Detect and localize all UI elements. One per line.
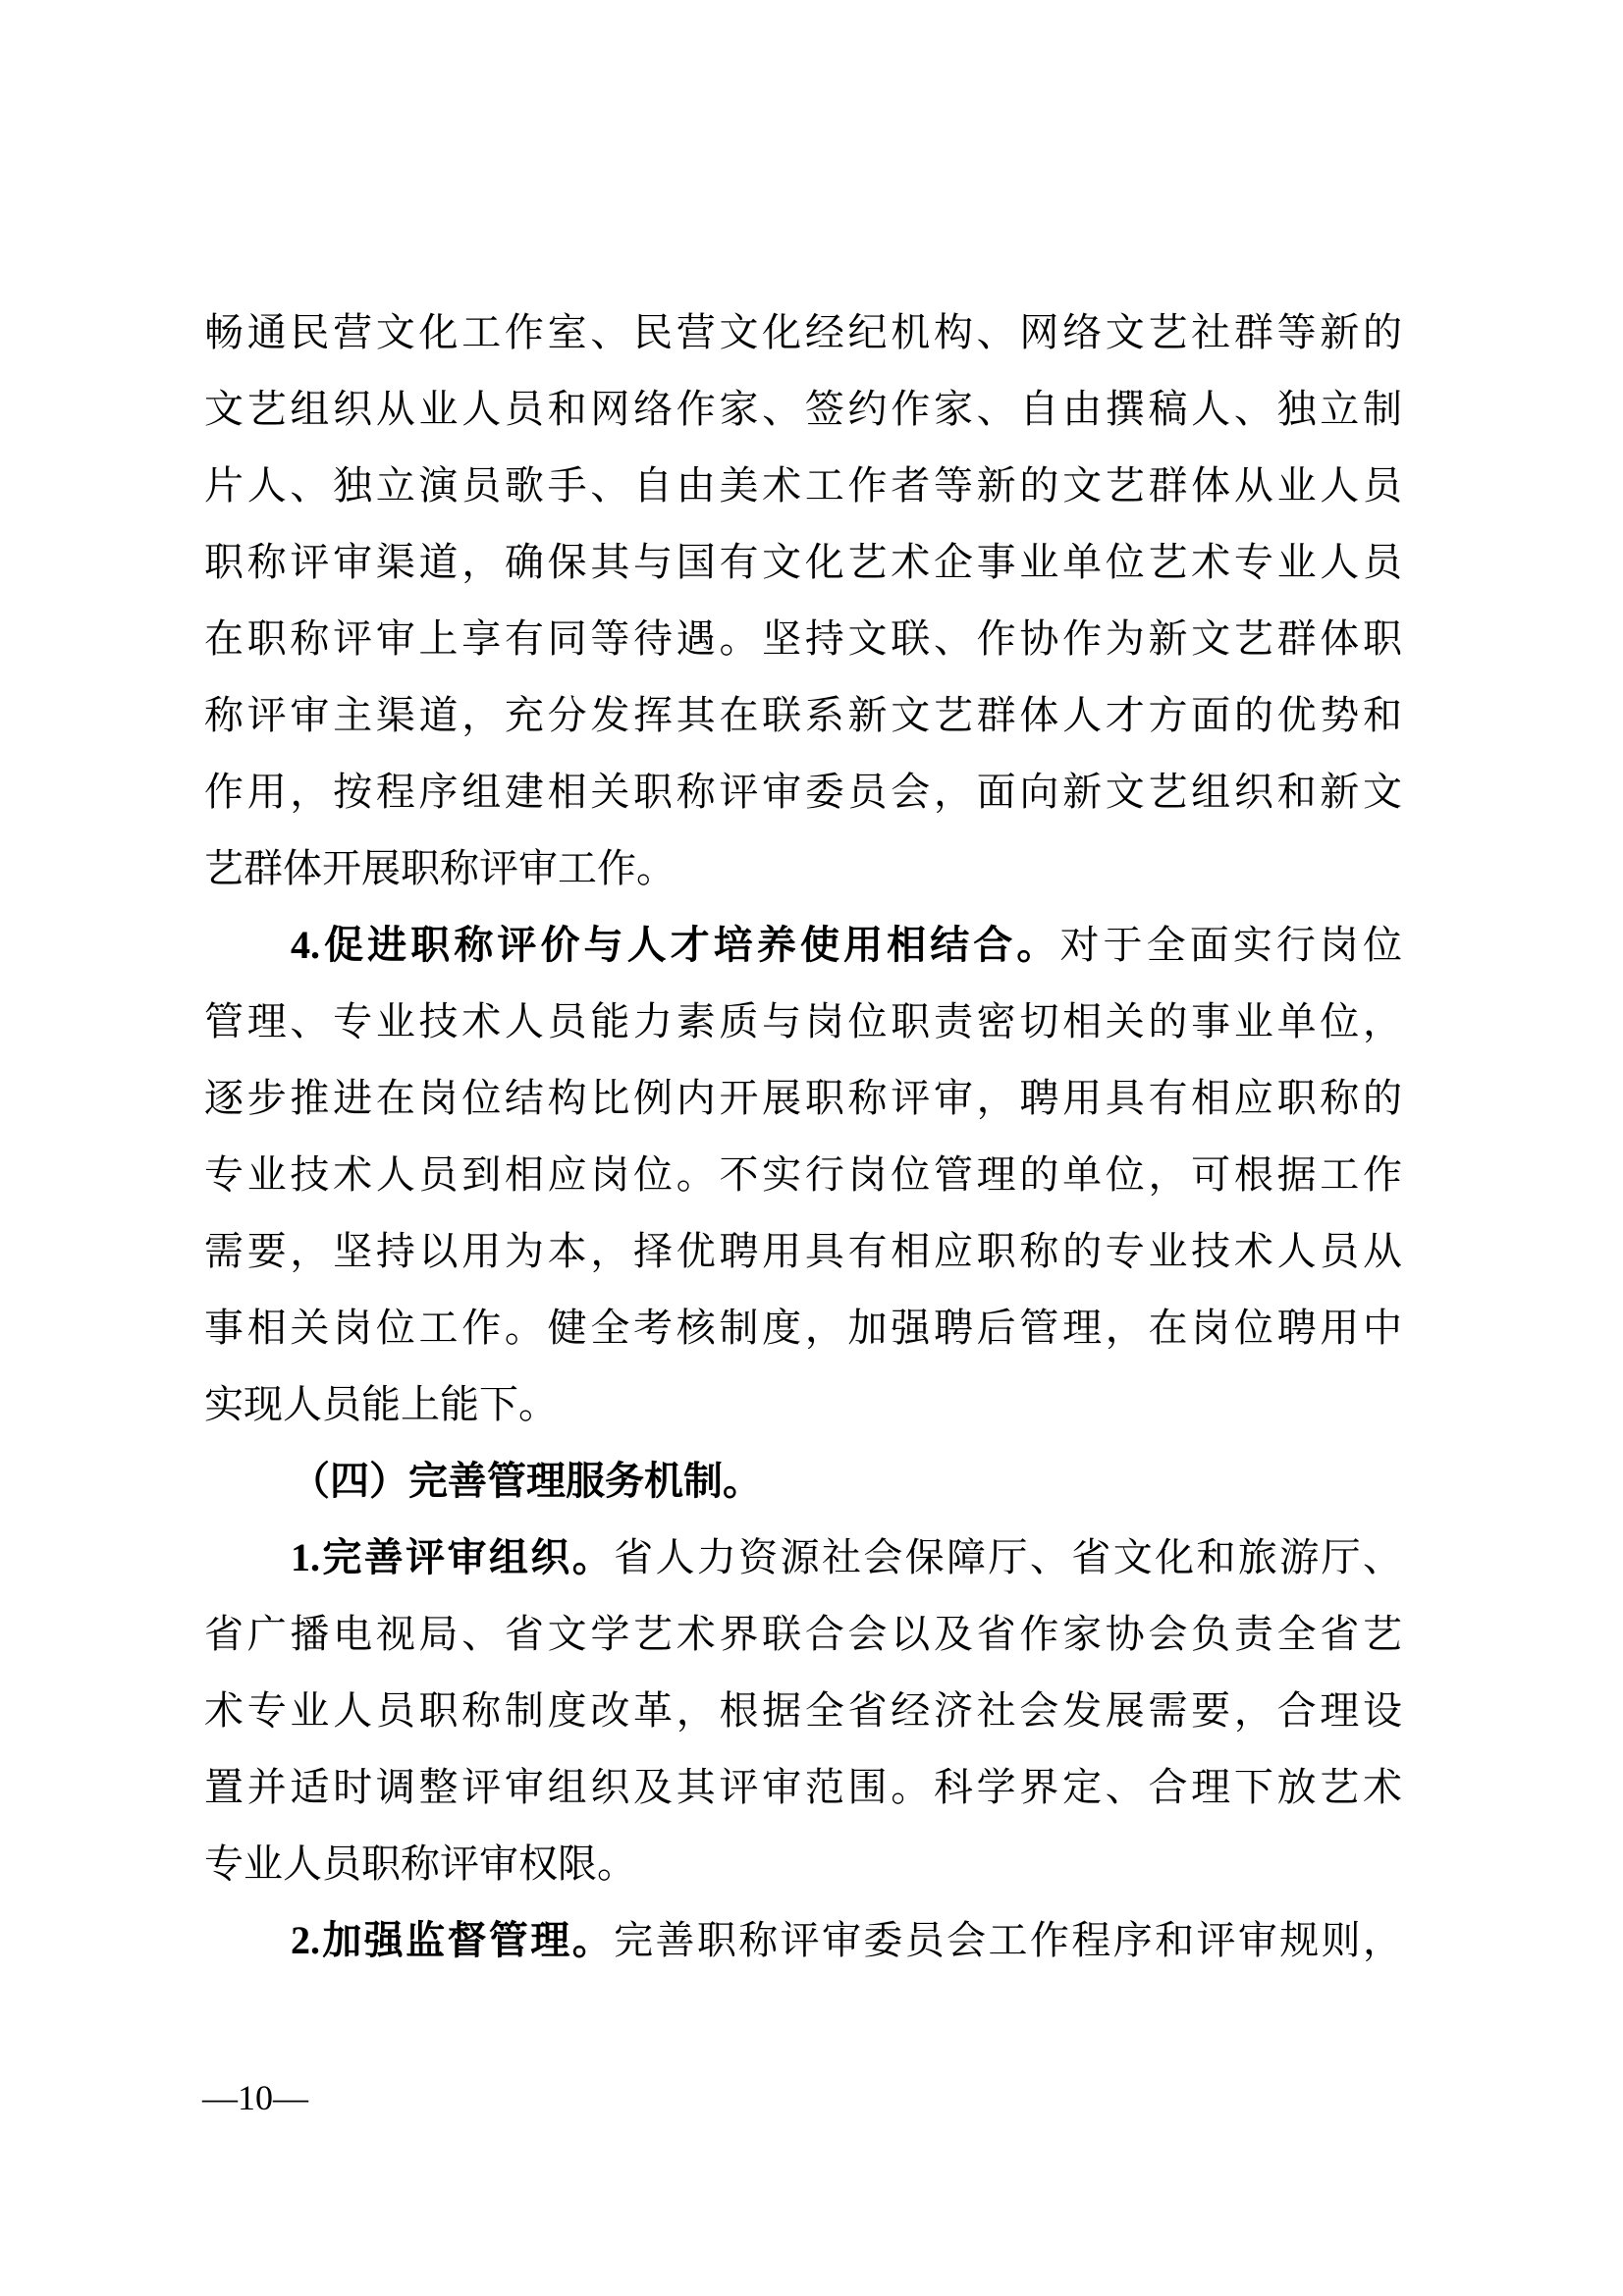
body-text-segment: 置并适时调整评审组织及其评审范围。科学界定、合理下放艺术 [204,1765,1402,1809]
heading-text-segment: （四）完善管理服务机制。 [291,1459,762,1503]
text-line: 术专业人员职称制度改革，根据全省经济社会发展需要，合理设 [204,1673,1402,1749]
text-line: 畅通民营文化工作室、民营文化经纪机构、网络文艺社群等新的 [204,294,1402,371]
body-text-segment: 需要，坚持以用为本，择优聘用具有相应职称的专业技术人员从 [204,1229,1402,1273]
body-text-segment: 艺群体开展职称评审工作。 [204,846,676,890]
text-line: 职称评审渠道，确保其与国有文化艺术企事业单位艺术专业人员 [204,524,1402,601]
text-line: 片人、独立演员歌手、自由美术工作者等新的文艺群体从业人员 [204,448,1402,524]
text-line: 专业技术人员到相应岗位。不实行岗位管理的单位，可根据工作 [204,1137,1402,1213]
body-text-segment: 完善职称评审委员会工作程序和评审规则， [614,1918,1402,1962]
body-text-segment: 专业人员职称评审权限。 [204,1842,636,1886]
text-line: 需要，坚持以用为本，择优聘用具有相应职称的专业技术人员从 [204,1213,1402,1290]
text-line: 实现人员能上能下。 [204,1366,1402,1443]
body-text-segment: 专业技术人员到相应岗位。不实行岗位管理的单位，可根据工作 [204,1152,1402,1197]
body-text-segment: 省广播电视局、省文学艺术界联合会以及省作家协会负责全省艺 [204,1612,1402,1656]
text-line: 1.完善评审组织。省人力资源社会保障厅、省文化和旅游厅、 [204,1520,1402,1596]
heading-text-segment: 1.完善评审组织。 [291,1535,614,1579]
body-text-segment: 在职称评审上享有同等待遇。坚持文联、作协作为新文艺群体职 [204,616,1402,661]
text-line: 文艺组织从业人员和网络作家、签约作家、自由撰稿人、独立制 [204,371,1402,448]
text-block: 畅通民营文化工作室、民营文化经纪机构、网络文艺社群等新的文艺组织从业人员和网络作… [204,294,1402,1979]
body-text-segment: 片人、独立演员歌手、自由美术工作者等新的文艺群体从业人员 [204,463,1402,507]
body-text-segment: 管理、专业技术人员能力素质与岗位职责密切相关的事业单位， [204,999,1402,1043]
body-text-segment: 事相关岗位工作。健全考核制度，加强聘后管理，在岗位聘用中 [204,1306,1402,1350]
text-line: 在职称评审上享有同等待遇。坚持文联、作协作为新文艺群体职 [204,601,1402,677]
text-line: 称评审主渠道，充分发挥其在联系新文艺群体人才方面的优势和 [204,677,1402,754]
body-text-segment: 省人力资源社会保障厅、省文化和旅游厅、 [614,1535,1402,1579]
body-text-segment: 畅通民营文化工作室、民营文化经纪机构、网络文艺社群等新的 [204,310,1402,354]
text-line: 省广播电视局、省文学艺术界联合会以及省作家协会负责全省艺 [204,1596,1402,1673]
text-line: 置并适时调整评审组织及其评审范围。科学界定、合理下放艺术 [204,1749,1402,1826]
body-text-segment: 实现人员能上能下。 [204,1382,558,1426]
body-text-segment: 对于全面实行岗位 [1059,923,1402,967]
text-line: 事相关岗位工作。健全考核制度，加强聘后管理，在岗位聘用中 [204,1290,1402,1366]
page: { "page": { "colors": { "background": "#… [0,0,1623,2296]
body-text-segment: 职称评审渠道，确保其与国有文化艺术企事业单位艺术专业人员 [204,540,1402,584]
body-text-segment: 术专业人员职称制度改革，根据全省经济社会发展需要，合理设 [204,1688,1402,1733]
page-number: —10— [202,2075,308,2120]
text-line: 艺群体开展职称评审工作。 [204,830,1402,907]
text-line: 专业人员职称评审权限。 [204,1826,1402,1902]
document-page: 畅通民营文化工作室、民营文化经纪机构、网络文艺社群等新的文艺组织从业人员和网络作… [0,0,1623,2296]
text-line: （四）完善管理服务机制。 [204,1443,1402,1520]
heading-text-segment: 4.促进职称评价与人才培养使用相结合。 [291,923,1059,967]
text-line: 2.加强监督管理。完善职称评审委员会工作程序和评审规则， [204,1902,1402,1979]
body-text-segment: 文艺组织从业人员和网络作家、签约作家、自由撰稿人、独立制 [204,387,1402,431]
text-line: 管理、专业技术人员能力素质与岗位职责密切相关的事业单位， [204,984,1402,1060]
text-line: 逐步推进在岗位结构比例内开展职称评审，聘用具有相应职称的 [204,1060,1402,1137]
text-line: 4.促进职称评价与人才培养使用相结合。对于全面实行岗位 [204,907,1402,984]
heading-text-segment: 2.加强监督管理。 [291,1918,614,1962]
body-text-segment: 作用，按程序组建相关职称评审委员会，面向新文艺组织和新文 [204,770,1402,814]
body-text-segment: 称评审主渠道，充分发挥其在联系新文艺群体人才方面的优势和 [204,693,1402,737]
text-line: 作用，按程序组建相关职称评审委员会，面向新文艺组织和新文 [204,754,1402,830]
body-text-segment: 逐步推进在岗位结构比例内开展职称评审，聘用具有相应职称的 [204,1076,1402,1120]
